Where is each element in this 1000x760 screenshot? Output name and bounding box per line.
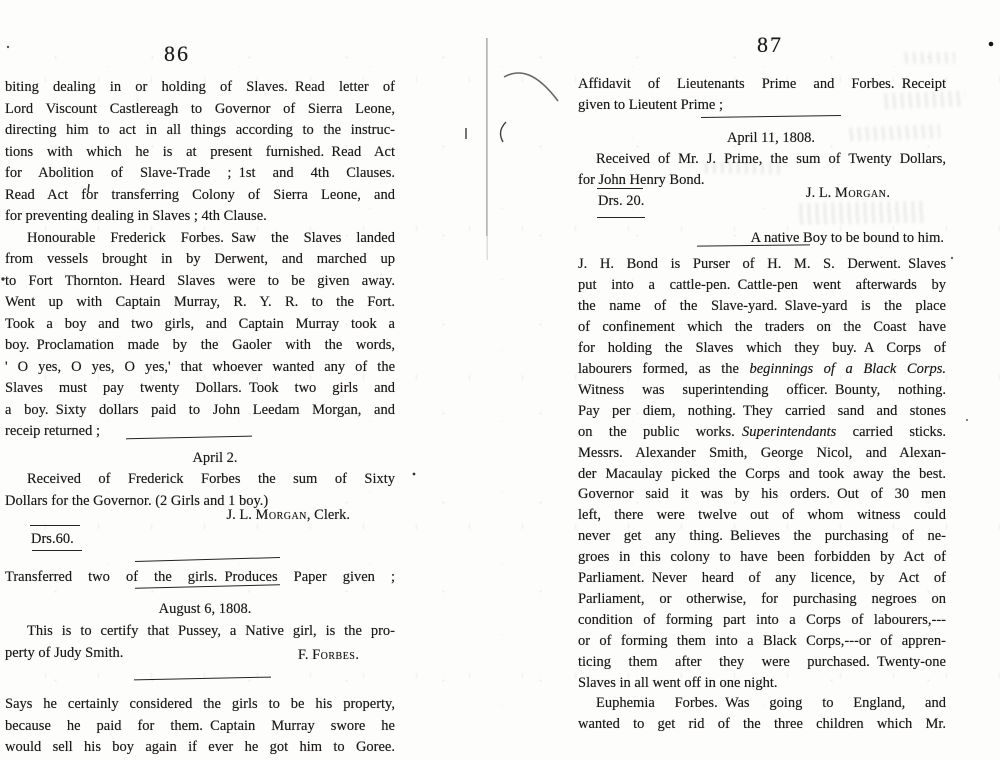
text-fragment: the name of the Slave-yard. Slave-yard i… xyxy=(578,298,946,314)
signature-name: Morgan xyxy=(255,507,306,523)
text-line: would sell his boy again if ever he got … xyxy=(5,737,395,759)
text-line: Governor said it was by his orders. Out … xyxy=(578,484,946,505)
paragraph: Euphemia Forbes. Was going to England, a… xyxy=(578,693,946,735)
amount-rule-top xyxy=(30,525,80,526)
amount-block: Drs.60. xyxy=(5,525,395,551)
text-fragment: Received of Mr. J. Prime, the sum of Twe… xyxy=(596,151,946,167)
text-fragment: given to Lieutent Prime ; xyxy=(578,97,723,113)
text-fragment: Went up with Captain Murray, R. Y. R. to… xyxy=(5,294,395,310)
text-fragment: Parliament, or otherwise, for purchasing… xyxy=(578,591,946,607)
text-fragment: Honourable Frederick Forbes. Saw the Sla… xyxy=(27,230,395,246)
signature-name: Morgan xyxy=(835,185,886,201)
ink-speck xyxy=(413,473,416,476)
text-line: or of forming them into a Black Corps,--… xyxy=(578,631,946,652)
page-number-left: 86 xyxy=(0,43,372,65)
text-fragment: J. H. Bond is Purser of H. M. S. Derwent… xyxy=(578,256,946,272)
text-line: biting dealing in or holding of Slaves. … xyxy=(5,77,395,99)
text-fragment: would sell his boy again if ever he got … xyxy=(5,739,395,755)
text-line: Honourable Frederick Forbes. Saw the Sla… xyxy=(5,228,395,250)
text-line: left, there were twelve out of whom witn… xyxy=(578,505,946,526)
text-fragment: This is to certify that Pussey, a Native… xyxy=(27,623,395,639)
separator-rule-wrap xyxy=(5,678,395,680)
text-line: ticing them after they were purchased. T… xyxy=(578,652,946,673)
text-line: Read Act for transferring Colony of Sier… xyxy=(5,185,395,207)
text-fragment: receip returned ; xyxy=(5,423,100,439)
text-line: Pay per diem, nothing. They carried sand… xyxy=(578,401,946,422)
pen-stroke-paren xyxy=(501,122,506,142)
separator-rule xyxy=(134,677,271,681)
text-fragment: der Macaulay picked the Corps and took a… xyxy=(578,466,946,482)
separator-rule-wrap xyxy=(578,116,946,118)
text-line: ' O yes, O yes, O yes,' that whoever wan… xyxy=(5,357,395,379)
text-fragment: wanted to get rid of the three children … xyxy=(578,716,946,732)
page-left-content: biting dealing in or holding of Slaves. … xyxy=(5,77,395,759)
separator-rule xyxy=(135,557,280,562)
signature-text: J. L. xyxy=(806,185,835,201)
text-fragment: put into a cattle-pen. Cattle-pen went a… xyxy=(578,277,946,293)
text-line: Witness was superintending officer. Boun… xyxy=(578,380,946,401)
text-fragment: or of forming them into a Black Corps,--… xyxy=(578,633,946,649)
amount-rule-bottom xyxy=(597,217,645,218)
text-fragment: a boy. Sixty dollars paid to John Leedam… xyxy=(5,402,395,418)
text-line: given to Lieutent Prime ; xyxy=(578,95,946,116)
text-line: because he paid for them. Captain Murray… xyxy=(5,716,395,738)
text-fragment: of confinement which the traders on the … xyxy=(578,319,946,335)
text-line: Received of Mr. J. Prime, the sum of Twe… xyxy=(578,149,946,170)
text-fragment: for Abolition of Slave-Trade ; 1st and 4… xyxy=(5,165,395,181)
paragraph: Honourable Frederick Forbes. Saw the Sla… xyxy=(5,228,395,422)
text-line: Slaves must pay twenty Dollars. Took two… xyxy=(5,378,395,400)
amount-label: Drs. 20. xyxy=(598,194,946,209)
date-heading: April 11, 1808. xyxy=(587,128,955,149)
text-fragment: April 2. xyxy=(192,450,237,466)
text-line: for holding the Slaves which they buy. A… xyxy=(578,338,946,359)
text-fragment: carried sticks. xyxy=(836,424,946,440)
amount-label: Drs.60. xyxy=(31,532,395,547)
text-fragment: for John Henry Bond. xyxy=(578,172,704,188)
text-line: J. H. Bond is Purser of H. M. S. Derwent… xyxy=(578,254,946,275)
text-line: This is to certify that Pussey, a Native… xyxy=(5,621,395,643)
text-fragment: Governor said it was by his orders. Out … xyxy=(578,486,946,502)
amount-block: Drs. 20. xyxy=(578,188,946,218)
text-line: Went up with Captain Murray, R. Y. R. to… xyxy=(5,292,395,314)
italic-text: Superintendants xyxy=(742,424,836,440)
page-right-content: Affidavit of Lieutenants Prime and Forbe… xyxy=(578,74,946,735)
text-fragment: labourers formed, as the xyxy=(578,361,749,377)
page-left: 86 biting dealing in or holding of Slave… xyxy=(5,0,395,759)
text-fragment: ' O yes, O yes, O yes,' that whoever wan… xyxy=(5,359,395,375)
text-fragment: ticing them after they were purchased. T… xyxy=(578,654,946,670)
text-line: tions with which he is at present furnis… xyxy=(5,142,395,164)
text-fragment: Pay per diem, nothing. They carried sand… xyxy=(578,403,946,419)
text-fragment: groes in this colony to have been forbid… xyxy=(578,549,946,565)
text-line: condition of forming part into a Corps o… xyxy=(578,610,946,631)
text-fragment: perty of Judy Smith. xyxy=(5,645,123,661)
book-scan: 86 biting dealing in or holding of Slave… xyxy=(0,0,1000,760)
signature-text: , Clerk. xyxy=(307,507,350,523)
text-fragment: Messrs. Alexander Smith, George Nicol, a… xyxy=(578,445,946,461)
text-line: for Abolition of Slave-Trade ; 1st and 4… xyxy=(5,163,395,185)
text-fragment: A native Boy to be bound to him. xyxy=(751,230,944,246)
paragraph: J. H. Bond is Purser of H. M. S. Derwent… xyxy=(578,254,946,693)
text-line: put into a cattle-pen. Cattle-pen went a… xyxy=(578,275,946,296)
amount-rule-bottom xyxy=(32,550,82,551)
text-fragment: Read Act for transferring Colony of Sier… xyxy=(5,187,395,203)
gutter-fold-line xyxy=(486,38,488,236)
text-fragment: on the public works. xyxy=(578,424,742,440)
text-fragment: to Fort Thornton. Heard Slaves were to b… xyxy=(5,273,395,289)
text-fragment: biting dealing in or holding of Slaves. … xyxy=(5,79,395,95)
paragraph: Received of Frederick Forbes the sum of … xyxy=(5,469,395,512)
text-fragment: Slaves in all went off in one night. xyxy=(578,675,777,691)
text-line: never get any thing. Believes the purcha… xyxy=(578,526,946,547)
text-line: Affidavit of Lieutenants Prime and Forbe… xyxy=(578,74,946,95)
paragraph: biting dealing in or holding of Slaves. … xyxy=(5,77,395,228)
text-fragment: Affidavit of Lieutenants Prime and Forbe… xyxy=(578,76,946,92)
text-line: directing him to act in all things accor… xyxy=(5,120,395,142)
text-line: receip returned ; xyxy=(5,421,100,443)
text-line: Received of Frederick Forbes the sum of … xyxy=(5,469,395,491)
ink-speck xyxy=(989,42,994,47)
text-fragment: never get any thing. Believes the purcha… xyxy=(578,528,946,544)
text-fragment: condition of forming part into a Corps o… xyxy=(578,612,946,628)
italic-text: beginnings of a Black Corps. xyxy=(749,361,946,377)
text-line: on the public works. Superintendants car… xyxy=(578,422,946,443)
separator-rule-wrap xyxy=(5,559,395,561)
text-line: of confinement which the traders on the … xyxy=(578,317,946,338)
text-fragment: tions with which he is at present furnis… xyxy=(5,144,395,160)
text-fragment: for preventing dealing in Slaves ; 4th C… xyxy=(5,208,267,224)
text-fragment: Took a boy and two girls, and Captain Mu… xyxy=(5,316,395,332)
pen-stroke-curve xyxy=(504,73,558,101)
line-with-rule: receip returned ; xyxy=(5,421,395,443)
text-fragment: for holding the Slaves which they buy. A… xyxy=(578,340,946,356)
text-line: Messrs. Alexander Smith, George Nicol, a… xyxy=(578,443,946,464)
text-fragment: August 6, 1808. xyxy=(159,601,252,617)
text-fragment: Transferred two of the girls. Produces P… xyxy=(5,569,395,585)
text-fragment: directing him to act in all things accor… xyxy=(5,122,395,138)
gutter-fold-line-faint xyxy=(487,236,488,260)
text-fragment: Parliament. Never heard of any licence, … xyxy=(578,570,946,586)
text-fragment: from vessels brought in by Derwent, and … xyxy=(5,251,395,267)
text-line: Parliament, or otherwise, for purchasing… xyxy=(578,589,946,610)
text-line: Euphemia Forbes. Was going to England, a… xyxy=(578,693,946,714)
text-fragment: April 11, 1808. xyxy=(727,130,815,146)
signature-text: . xyxy=(886,185,890,201)
page-number-right: 87 xyxy=(586,34,954,56)
text-fragment: Slaves must pay twenty Dollars. Took two… xyxy=(5,380,395,396)
text-fragment: because he paid for them. Captain Murray… xyxy=(5,718,395,734)
date-heading: April 2. xyxy=(20,448,410,470)
signature-text: . xyxy=(355,647,359,663)
text-fragment: Received of Frederick Forbes the sum of … xyxy=(27,471,395,487)
text-line: a boy. Sixty dollars paid to John Leedam… xyxy=(5,400,395,422)
text-fragment: boy. Proclamation made by the Gaoler wit… xyxy=(5,337,395,353)
text-line: to Fort Thornton. Heard Slaves were to b… xyxy=(5,271,395,293)
text-line: Says he certainly considered the girls t… xyxy=(5,694,395,716)
text-line: boy. Proclamation made by the Gaoler wit… xyxy=(5,335,395,357)
text-line: wanted to get rid of the three children … xyxy=(578,714,946,735)
text-fragment: left, there were twelve out of whom witn… xyxy=(578,507,946,523)
text-fragment: Says he certainly considered the girls t… xyxy=(5,696,395,712)
text-line: Slaves in all went off in one night. xyxy=(578,673,946,694)
text-fragment: Witness was superintending officer. Boun… xyxy=(578,382,946,398)
text-line: labourers formed, as the beginnings of a… xyxy=(578,359,946,380)
ink-speck xyxy=(951,257,953,259)
text-line: from vessels brought in by Derwent, and … xyxy=(5,249,395,271)
signature-text: J. L. xyxy=(226,507,255,523)
paragraph: Affidavit of Lieutenants Prime and Forbe… xyxy=(578,74,946,116)
signature-text: F. xyxy=(298,647,312,663)
text-fragment: Lord Viscount Castlereagh to Governor of… xyxy=(5,101,395,117)
signature-name: Forbes xyxy=(312,647,355,663)
text-line: the name of the Slave-yard. Slave-yard i… xyxy=(578,296,946,317)
ink-speck xyxy=(966,419,968,421)
paragraph: Says he certainly considered the girls t… xyxy=(5,694,395,759)
text-line: Took a boy and two girls, and Captain Mu… xyxy=(5,314,395,336)
inline-rule xyxy=(126,435,252,439)
text-line: Lord Viscount Castlereagh to Governor of… xyxy=(5,99,395,121)
text-line: Parliament. Never heard of any licence, … xyxy=(578,568,946,589)
page-right: 87 Affidavit of Lieutenants Prime and Fo… xyxy=(578,0,946,735)
text-line: der Macaulay picked the Corps and took a… xyxy=(578,464,946,485)
text-line: groes in this colony to have been forbid… xyxy=(578,547,946,568)
text-fragment: Euphemia Forbes. Was going to England, a… xyxy=(596,695,946,711)
text-line: for preventing dealing in Slaves ; 4th C… xyxy=(5,206,395,228)
date-heading: August 6, 1808. xyxy=(10,599,400,621)
